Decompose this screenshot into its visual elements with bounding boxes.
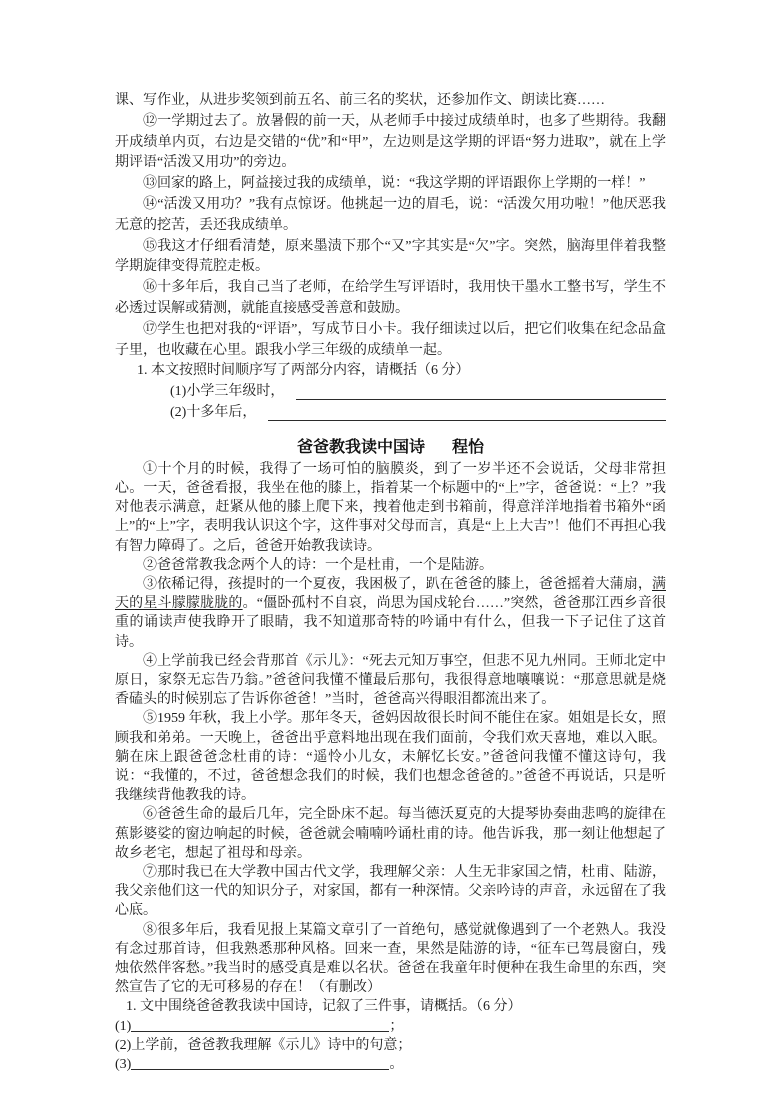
paragraph-circled-5: ⑤1959 年秋，我上小学。那年冬天，爸妈因故很长时间不能住在家。姐姐是长女，照… xyxy=(115,709,666,805)
paragraph-circled-6: ⑥爸爸生命的最后几年，完全卧床不起。每当德沃夏克的大提琴协奏曲悲鸣的旋律在蕉影婆… xyxy=(115,805,666,863)
paragraph-circled-1: ①十个月的时候，我得了一场可怕的脑膜炎，到了一岁半还不会说话，父母非常担心。一天… xyxy=(115,460,666,556)
question-subitem-1: (1)小学三年级时， xyxy=(115,382,666,403)
paragraph-circled-16: ⑯十多年后，我自己当了老师，在给学生写评语时，我用快干墨水工整书写，学生不必透过… xyxy=(115,278,666,320)
passage-author: 程怡 xyxy=(452,439,484,456)
subitem-1-label: (1)小学三年级时， xyxy=(170,382,284,403)
passage-title: 爸爸教我读中国诗 xyxy=(297,439,425,456)
paragraph-circled-14: ⑭“活泼又用功？”我有点惊讶。他挑起一边的眉毛，说：“活泼欠用功啦！”他厌恶我无… xyxy=(115,195,666,237)
answer-blank-line xyxy=(131,1019,389,1032)
question-subitem-2: (2)上学前，爸爸教我理解《示儿》诗中的句意； xyxy=(115,1036,666,1055)
paragraph-circled-17: ⑰学生也把对我的“评语”，写成节日小卡。我仔细读过以后，把它们收集在纪念品盒子里… xyxy=(115,320,666,362)
subitem-3-punctuation: 。 xyxy=(389,1057,403,1072)
answer-blank-line xyxy=(131,1057,389,1070)
subitem-3-label: (3) xyxy=(115,1057,131,1072)
page-content: 课、写作业，从进步奖领到前五名、前三名的奖状，还参加作文、朗读比赛…… ⑫一学期… xyxy=(115,91,666,1074)
question-subitem-3: (3)。 xyxy=(115,1055,666,1074)
paragraph-circled-3: ③依稀记得，孩提时的一个夏夜，我困极了，趴在爸爸的膝上，爸爸摇着大蒲扇，满天的星… xyxy=(115,575,666,652)
passage-1-section: 课、写作业，从进步奖领到前五名、前三名的奖状，还参加作文、朗读比赛…… ⑫一学期… xyxy=(115,91,666,424)
question-stem: 1. 文中围绕爸爸教我读中国诗，记叙了三件事，请概括。（6 分） xyxy=(115,997,666,1016)
subitem-1-label: (1) xyxy=(115,1019,131,1034)
question-stem: 1. 本文按照时间顺序写了两部分内容，请概括（6 分） xyxy=(115,361,666,382)
passage-2-heading: 爸爸教我读中国诗程怡 xyxy=(115,437,666,458)
paragraph-circled-2: ②爸爸常教我念两个人的诗：一个是杜甫，一个是陆游。 xyxy=(115,556,666,575)
paragraph-circled-8: ⑧很多年后，我看见报上某篇文章引了一首绝句，感觉就像遇到了一个老熟人。我没有念过… xyxy=(115,921,666,998)
paragraph-circled-15: ⑮我这才仔细看清楚，原来墨渍下那个“又”字其实是“欠”字。突然，脑海里伴着我整学… xyxy=(115,237,666,279)
continuation-line: 课、写作业，从进步奖领到前五名、前三名的奖状，还参加作文、朗读比赛…… xyxy=(115,91,666,112)
subitem-1-punctuation: ； xyxy=(389,1019,403,1034)
question-1-passage-1: 1. 本文按照时间顺序写了两部分内容，请概括（6 分） (1)小学三年级时， (… xyxy=(115,361,666,423)
paragraph-circled-12: ⑫一学期过去了。放暑假的前一天，从老师手中接过成绩单时，也多了些期待。我翻开成绩… xyxy=(115,112,666,174)
paragraph-circled-4: ④上学前我已经会背那首《示儿》：“死去元知万事空，但悲不见九州同。王师北定中原日… xyxy=(115,652,666,710)
paragraph-circled-7: ⑦那时我已在大学教中国古代文学，我理解父亲：人生无非家国之情，杜甫、陆游，我父亲… xyxy=(115,863,666,921)
passage-2-section: ①十个月的时候，我得了一场可怕的脑膜炎，到了一岁半还不会说话，父母非常担心。一天… xyxy=(115,460,666,1075)
paragraph-circled-13: ⑬回家的路上，阿益接过我的成绩单，说：“我这学期的评语跟你上学期的一样！” xyxy=(115,174,666,195)
subitem-2-label: (2)十多年后， xyxy=(170,403,256,424)
answer-blank-line xyxy=(268,403,666,421)
question-1-passage-2: 1. 文中围绕爸爸教我读中国诗，记叙了三件事，请概括。（6 分） (1)； (2… xyxy=(115,997,666,1074)
answer-blank-line xyxy=(296,382,666,400)
paragraph-3-pre: ③依稀记得，孩提时的一个夏夜，我困极了，趴在爸爸的膝上，爸爸摇着大蒲扇， xyxy=(143,577,652,592)
exam-document-page: 课、写作业，从进步奖领到前五名、前三名的奖状，还参加作文、朗读比赛…… ⑫一学期… xyxy=(0,0,780,1103)
question-subitem-1: (1)； xyxy=(115,1017,666,1036)
question-subitem-2: (2)十多年后， xyxy=(115,403,666,424)
